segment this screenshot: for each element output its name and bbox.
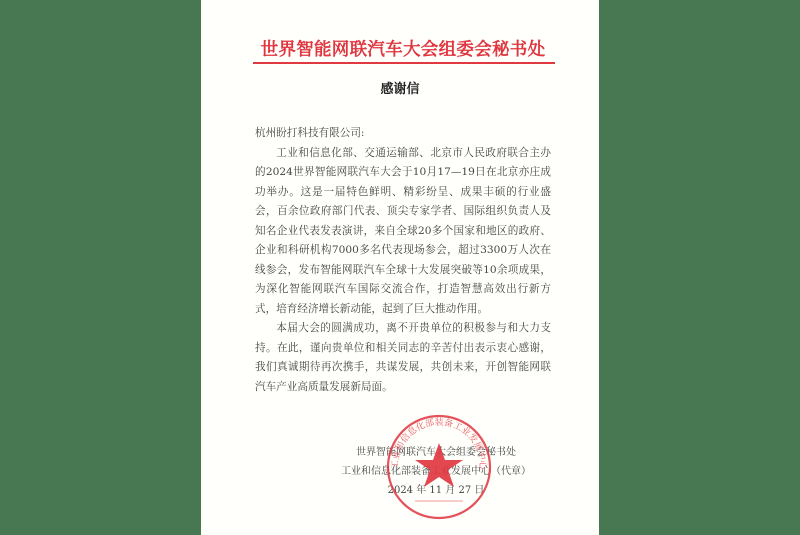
letter-title: 感谢信 <box>201 78 599 97</box>
signature-date: 2024 年 11 月 27 日 <box>321 481 551 500</box>
paragraph-1: 工业和信息化部、交通运输部、北京市人民政府联合主办的2024世界智能网联汽车大会… <box>255 144 551 320</box>
signature-line-2: 工业和信息化部装备工业发展中心（代章） <box>321 462 551 481</box>
signature-block: 世界智能网联汽车大会组委会秘书处 工业和信息化部装备工业发展中心（代章） 202… <box>321 443 551 500</box>
background-right <box>599 0 800 535</box>
salutation: 杭州盼打科技有限公司: <box>255 124 551 144</box>
letterhead-title: 世界智能网联汽车大会组委会秘书处 <box>253 36 553 61</box>
letter-body: 杭州盼打科技有限公司: 工业和信息化部、交通运输部、北京市人民政府联合主办的20… <box>255 124 551 397</box>
letter-page: 世界智能网联汽车大会组委会秘书处 感谢信 杭州盼打科技有限公司: 工业和信息化部… <box>201 0 599 535</box>
paragraph-2: 本届大会的圆满成功，离不开贵单位的积极参与和大力支持。在此，谨向贵单位和相关同志… <box>255 319 551 397</box>
signature-line-1: 世界智能网联汽车大会组委会秘书处 <box>321 443 551 462</box>
background-left <box>0 0 201 535</box>
letterhead-rule <box>253 62 555 64</box>
